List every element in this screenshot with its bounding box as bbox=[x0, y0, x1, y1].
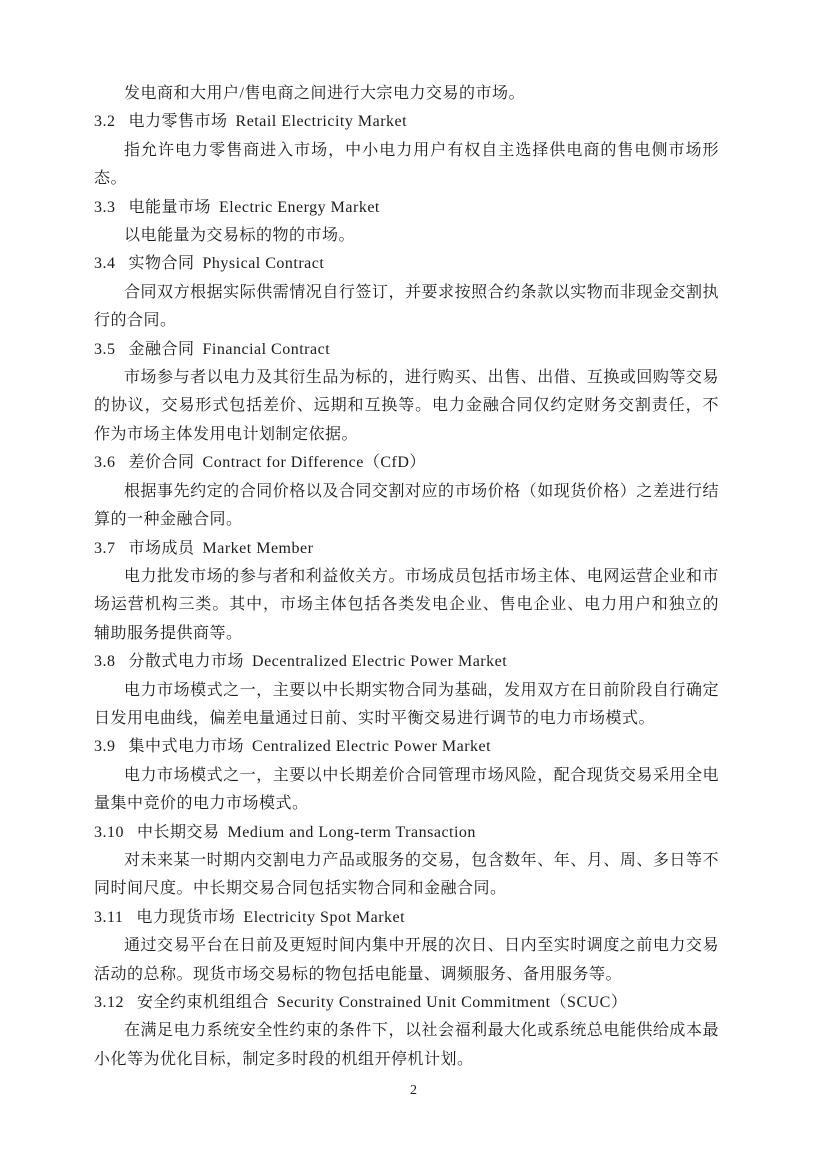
term-name-en: Electric Energy Market bbox=[219, 194, 380, 222]
term-definition: 通过交易平台在日前及更短时间内集中开展的次日、日内至实时调度之前电力交易活动的总… bbox=[94, 932, 719, 989]
term-name-cn: 电能量市场 bbox=[129, 194, 212, 222]
term-section-3-8: 3.8分散式电力市场Decentralized Electric Power M… bbox=[94, 648, 719, 733]
term-heading: 3.6差价合同Contract for Difference（CfD） bbox=[94, 449, 719, 477]
term-heading: 3.7市场成员Market Member bbox=[94, 535, 719, 563]
term-name-cn: 安全约束机组组合 bbox=[137, 989, 269, 1017]
term-section-3-7: 3.7市场成员Market Member 电力批发市场的参与者和利益攸关方。市场… bbox=[94, 535, 719, 649]
term-number: 3.7 bbox=[94, 535, 116, 563]
term-name-en: Electricity Spot Market bbox=[243, 904, 405, 932]
document-content: 发电商和大用户/售电商之间进行大宗电力交易的市场。 3.2电力零售市场Retai… bbox=[94, 80, 719, 1103]
term-name-en: Retail Electricity Market bbox=[236, 108, 408, 136]
term-name-en: Financial Contract bbox=[203, 336, 331, 364]
term-number: 3.11 bbox=[94, 904, 123, 932]
term-number: 3.4 bbox=[94, 250, 116, 278]
term-name-cn: 市场成员 bbox=[129, 535, 195, 563]
term-number: 3.5 bbox=[94, 336, 116, 364]
term-section-3-9: 3.9集中式电力市场Centralized Electric Power Mar… bbox=[94, 733, 719, 818]
term-definition: 电力市场模式之一，主要以中长期差价合同管理市场风险，配合现货交易采用全电量集中竞… bbox=[94, 762, 719, 819]
term-name-en: Security Constrained Unit Commitment（SCU… bbox=[277, 989, 627, 1017]
page-number: 2 bbox=[0, 1081, 827, 1101]
term-section-3-3: 3.3电能量市场Electric Energy Market 以电能量为交易标的… bbox=[94, 194, 719, 251]
term-number: 3.12 bbox=[94, 989, 124, 1017]
term-name-en: Medium and Long-term Transaction bbox=[228, 819, 476, 847]
term-number: 3.9 bbox=[94, 733, 116, 761]
term-number: 3.8 bbox=[94, 648, 116, 676]
term-section-3-12: 3.12安全约束机组组合Security Constrained Unit Co… bbox=[94, 989, 719, 1074]
term-name-cn: 集中式电力市场 bbox=[129, 733, 245, 761]
term-number: 3.10 bbox=[94, 819, 124, 847]
term-section-3-4: 3.4实物合同Physical Contract 合同双方根据实际供需情况自行签… bbox=[94, 250, 719, 335]
term-name-cn: 实物合同 bbox=[129, 250, 195, 278]
term-heading: 3.12安全约束机组组合Security Constrained Unit Co… bbox=[94, 989, 719, 1017]
term-definition: 以电能量为交易标的物的市场。 bbox=[94, 222, 719, 250]
term-section-3-2: 3.2电力零售市场Retail Electricity Market 指允许电力… bbox=[94, 108, 719, 193]
term-definition: 电力批发市场的参与者和利益攸关方。市场成员包括市场主体、电网运营企业和市场运营机… bbox=[94, 563, 719, 648]
term-definition: 在满足电力系统安全性约束的条件下，以社会福利最大化或系统总电能供给成本最小化等为… bbox=[94, 1017, 719, 1074]
term-number: 3.3 bbox=[94, 194, 116, 222]
term-section-3-5: 3.5金融合同Financial Contract 市场参与者以电力及其衍生品为… bbox=[94, 336, 719, 450]
term-number: 3.6 bbox=[94, 449, 116, 477]
term-section-3-11: 3.11电力现货市场Electricity Spot Market 通过交易平台… bbox=[94, 904, 719, 989]
term-definition: 合同双方根据实际供需情况自行签订，并要求按照合约条款以实物而非现金交割执行的合同… bbox=[94, 279, 719, 336]
term-definition: 电力市场模式之一，主要以中长期实物合同为基础，发用双方在日前阶段自行确定日发用电… bbox=[94, 677, 719, 734]
term-name-en: Decentralized Electric Power Market bbox=[252, 648, 507, 676]
term-heading: 3.3电能量市场Electric Energy Market bbox=[94, 194, 719, 222]
term-heading: 3.9集中式电力市场Centralized Electric Power Mar… bbox=[94, 733, 719, 761]
term-definition: 根据事先约定的合同价格以及合同交割对应的市场价格（如现货价格）之差进行结算的一种… bbox=[94, 478, 719, 535]
term-name-cn: 差价合同 bbox=[129, 449, 195, 477]
term-name-en: Market Member bbox=[203, 535, 314, 563]
term-name-cn: 电力现货市场 bbox=[136, 904, 235, 932]
term-section-3-10: 3.10中长期交易Medium and Long-term Transactio… bbox=[94, 819, 719, 904]
intro-paragraph: 发电商和大用户/售电商之间进行大宗电力交易的市场。 bbox=[94, 80, 719, 108]
term-name-en: Physical Contract bbox=[203, 250, 325, 278]
term-name-cn: 电力零售市场 bbox=[129, 108, 228, 136]
term-name-en: Centralized Electric Power Market bbox=[252, 733, 491, 761]
term-heading: 3.5金融合同Financial Contract bbox=[94, 336, 719, 364]
term-heading: 3.10中长期交易Medium and Long-term Transactio… bbox=[94, 819, 719, 847]
term-name-cn: 中长期交易 bbox=[137, 819, 220, 847]
term-name-cn: 分散式电力市场 bbox=[129, 648, 245, 676]
term-heading: 3.4实物合同Physical Contract bbox=[94, 250, 719, 278]
term-heading: 3.8分散式电力市场Decentralized Electric Power M… bbox=[94, 648, 719, 676]
term-heading: 3.2电力零售市场Retail Electricity Market bbox=[94, 108, 719, 136]
term-number: 3.2 bbox=[94, 108, 116, 136]
term-heading: 3.11电力现货市场Electricity Spot Market bbox=[94, 904, 719, 932]
term-section-3-6: 3.6差价合同Contract for Difference（CfD） 根据事先… bbox=[94, 449, 719, 534]
term-definition: 对未来某一时期内交割电力产品或服务的交易，包含数年、年、月、周、多日等不同时间尺… bbox=[94, 847, 719, 904]
term-definition: 市场参与者以电力及其衍生品为标的，进行购买、出售、出借、互换或回购等交易的协议，… bbox=[94, 364, 719, 449]
term-name-en: Contract for Difference（CfD） bbox=[203, 449, 426, 477]
term-name-cn: 金融合同 bbox=[129, 336, 195, 364]
term-definition: 指允许电力零售商进入市场，中小电力用户有权自主选择供电商的售电侧市场形态。 bbox=[94, 137, 719, 194]
document-page: 发电商和大用户/售电商之间进行大宗电力交易的市场。 3.2电力零售市场Retai… bbox=[0, 0, 827, 1169]
